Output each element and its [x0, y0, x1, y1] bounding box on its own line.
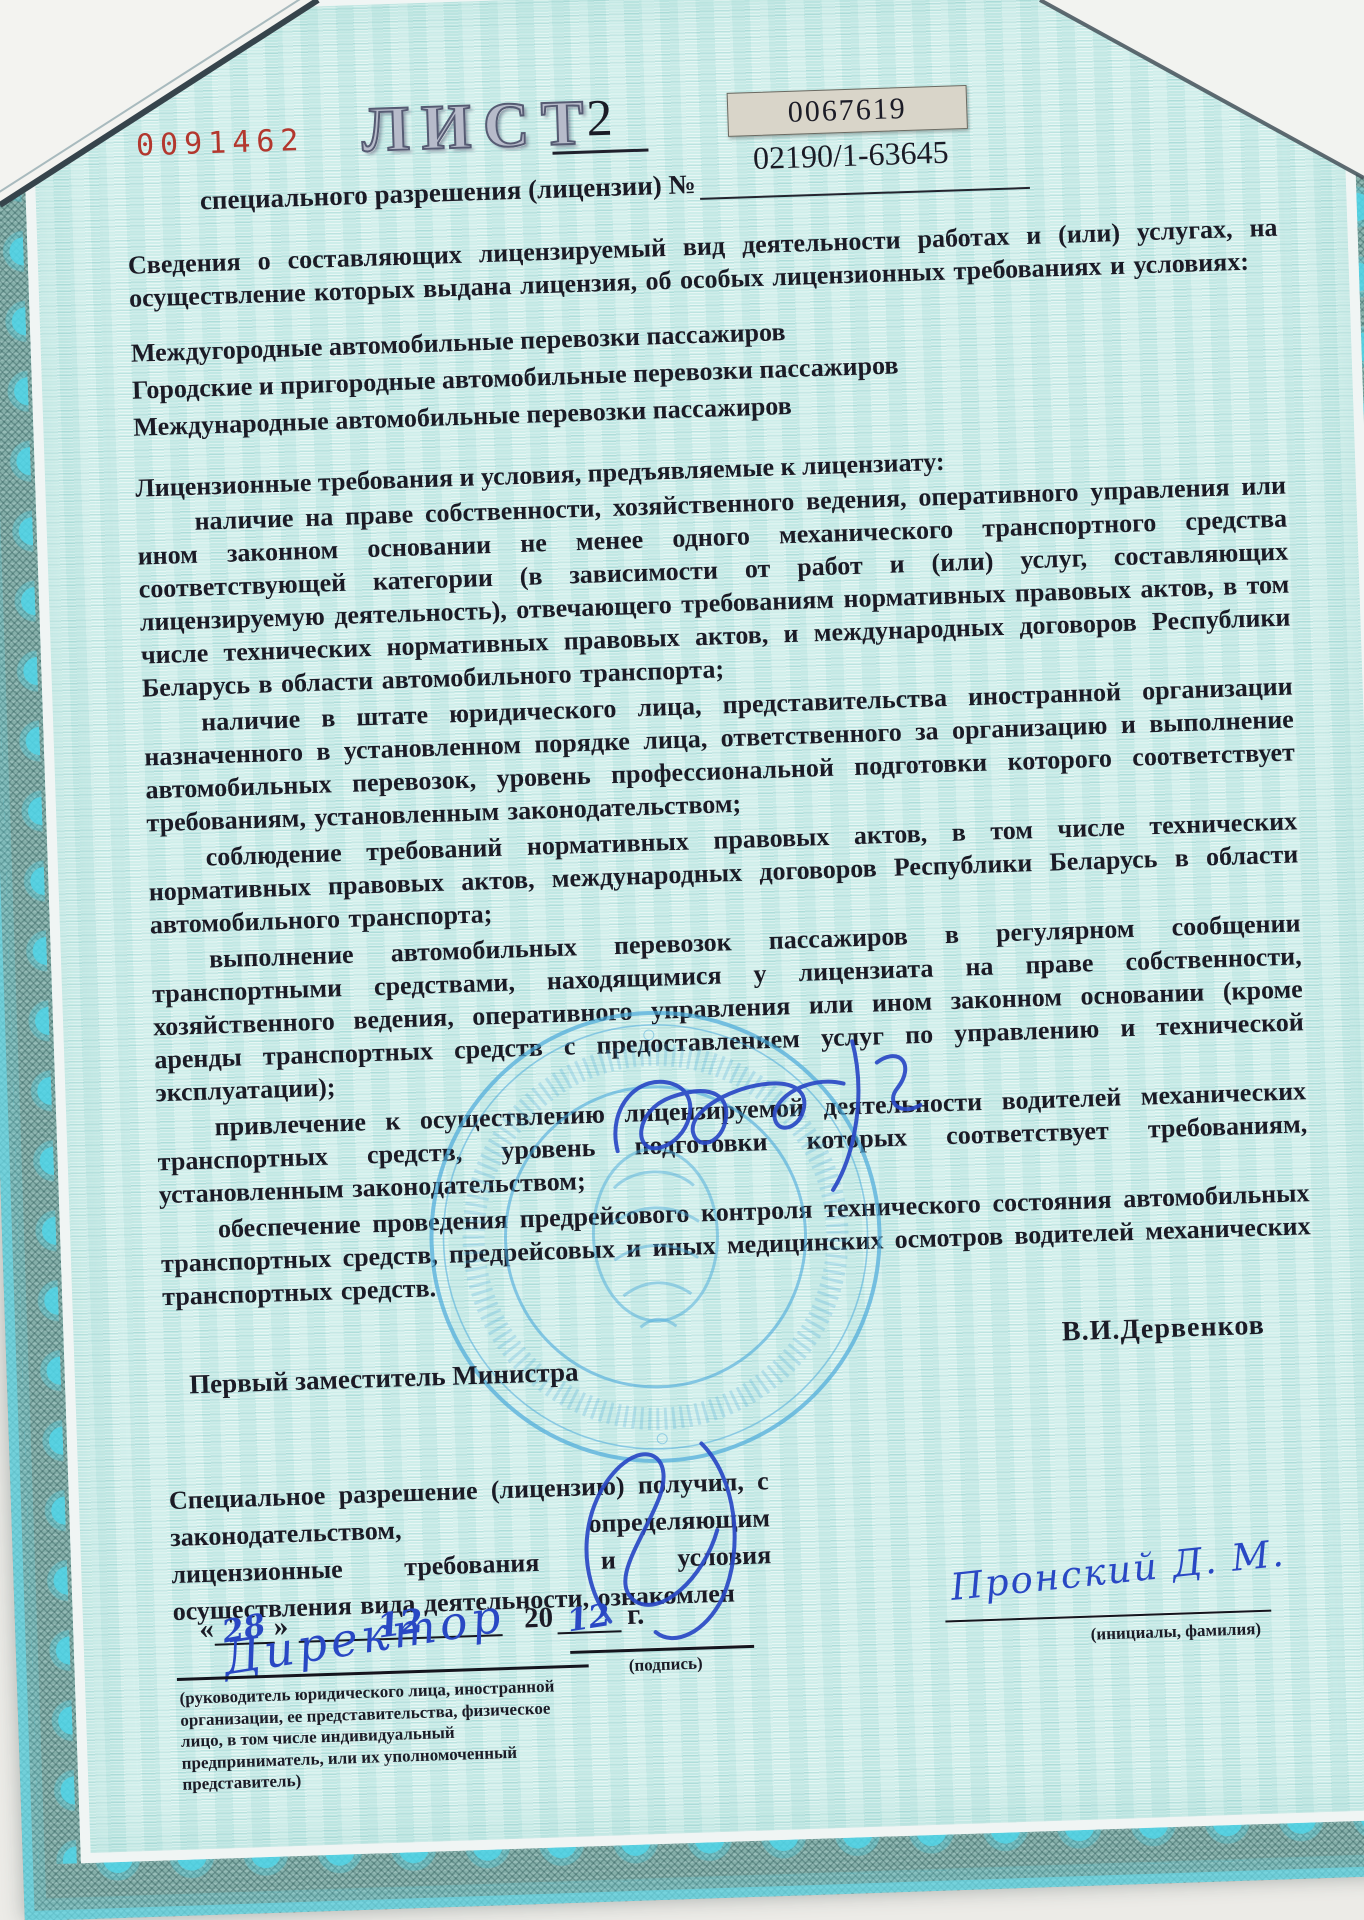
left-signature-caption: (руководитель юридического лица, иностра…	[179, 1675, 574, 1795]
right-signature-caption: (инициалы, фамилия)	[1066, 1617, 1287, 1646]
licensed-activities-list: Междугородные автомобильные перевозки па…	[130, 297, 1283, 446]
minister-position: Первый заместитель Министра	[189, 1357, 579, 1401]
requirement-paragraph: выполнение автомобильных перевозок пасса…	[151, 906, 1306, 1109]
subtitle-text: специального разрешения (лицензии) №	[199, 169, 696, 216]
year-suffix: г.	[627, 1598, 645, 1632]
sheet-number: 2	[550, 88, 648, 155]
middle-signature-caption: (подпись)	[590, 1651, 741, 1677]
year-century: 20	[524, 1601, 554, 1635]
certificate-paper: 0091462 ЛИСТ 2 0067619 02190/1-63645 спе…	[0, 0, 1364, 1920]
open-quote: «	[199, 1613, 215, 1646]
red-serial-number: 0091462	[135, 123, 305, 164]
document-content: 0091462 ЛИСТ 2 0067619 02190/1-63645 спе…	[123, 81, 1331, 1898]
scanned-license-page: { "palette":{ "band_teal":"#85afa9","sca…	[0, 0, 1364, 1920]
requirement-paragraph: наличие на праве собственности, хозяйств…	[136, 469, 1292, 705]
form-number-box: 0067619	[727, 85, 968, 137]
handwritten-surname: Пронский Д. М.	[948, 1532, 1287, 1609]
handwritten-year: 12	[565, 1597, 613, 1639]
date-year-slot: 12	[556, 1594, 621, 1634]
minister-name: В.И.Дервенков	[1061, 1310, 1265, 1349]
